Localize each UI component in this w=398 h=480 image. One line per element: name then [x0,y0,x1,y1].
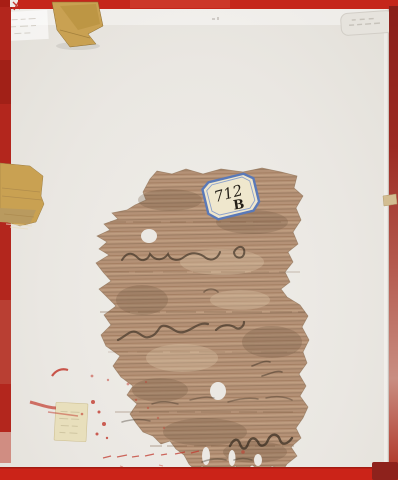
embossed-stamp [340,10,393,36]
glass-edge-highlight [384,8,387,470]
red-tape-left-dark-patch [0,60,11,104]
registration-label-bottom-left [54,402,88,442]
red-tape-right [389,6,398,472]
faded-label-top-left [6,10,48,41]
photograph-papyrus-mount: 712 B [0,0,398,480]
inventory-label-letter: B [232,197,245,214]
red-tape-top-sheen [130,0,230,8]
artifact-canvas: 712 B [0,0,398,480]
red-tape-left-faded-patch [0,300,11,384]
masking-tape-top-left [52,2,103,50]
masking-tape-left [0,163,44,229]
papyrus-fragment: 712 B [96,168,309,473]
red-tape-bottom-edge [0,467,398,469]
masking-tape-right-bit [383,194,397,206]
red-tape-left-worn-end [0,432,11,463]
red-tape-bottom-right-corner [372,462,398,480]
red-tape-bottom [0,467,398,480]
